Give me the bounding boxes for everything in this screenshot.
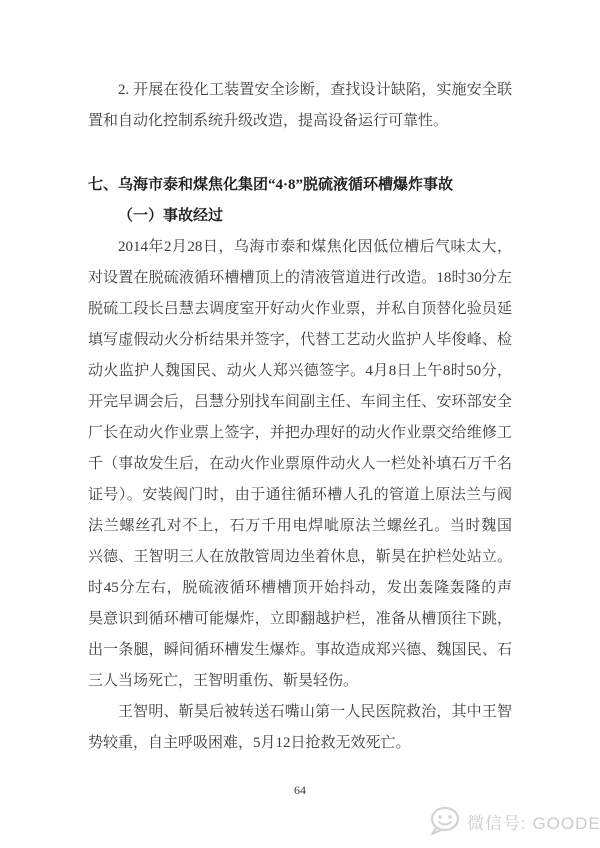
section-heading: 七、乌海市泰和煤焦化集团“4·8”脱硫液循环槽爆炸事故 xyxy=(88,170,512,201)
wechat-smiley-icon xyxy=(428,806,462,836)
body-line: 法兰螺丝孔对不上，石万千用电焊呲原法兰螺丝孔。当时魏国民、郑 xyxy=(88,511,512,542)
body-line: 填写虚假动火分析结果并签字，代替工艺动火监护人毕俊峰、检修方 xyxy=(88,325,512,356)
document-page: 2. 开展在役化工装置安全诊断，查找设计缺陷，实施安全联锁装 置和自动化控制系统… xyxy=(0,0,600,848)
body-line: 三人当场死亡，王智明重伤、靳昊轻伤。 xyxy=(88,666,512,697)
body-line: 置和自动化控制系统升级改造，提高设备运行可靠性。 xyxy=(88,106,512,137)
body-line: 动火监护人魏国民、动火人郑兴德签字。4月8日上午8时50分，车间 xyxy=(88,356,512,387)
body-line: 王智明、靳昊后被转送石嘴山第一人民医院救治，其中王智明伤 xyxy=(88,697,512,728)
watermark-text: 微信号: GOODESH xyxy=(467,809,600,834)
sub-heading: （一）事故经过 xyxy=(88,201,512,232)
body-line: 2014年2月28日，乌海市泰和煤焦化因低位槽后气味太大，计划 xyxy=(88,232,512,263)
body-line: 厂长在动火作业票上签字，并把办理好的动火作业票交给维修工石万 xyxy=(88,418,512,449)
text-column: 2. 开展在役化工装置安全诊断，查找设计缺陷，实施安全联锁装 置和自动化控制系统… xyxy=(88,75,512,759)
body-line: 2. 开展在役化工装置安全诊断，查找设计缺陷，实施安全联锁装 xyxy=(88,75,512,106)
page-number: 64 xyxy=(0,783,600,798)
body-line: 对设置在脱硫液循环槽槽顶上的清液管道进行改造。18时30分左右， xyxy=(88,263,512,294)
body-line: 脱硫工段长吕慧去调度室开好动火作业票，并私自顶替化验员延建华 xyxy=(88,294,512,325)
body-line: 时45分左右，脱硫液循环槽槽顶开始抖动，发出轰隆轰隆的声响，靳 xyxy=(88,573,512,604)
watermark: 微信号: GOODESH xyxy=(428,806,600,836)
body-line: 出一条腿，瞬间循环槽发生爆炸。事故造成郑兴德、魏国民、石万千 xyxy=(88,635,512,666)
body-line: 昊意识到循环槽可能爆炸，立即翻越护栏，准备从槽顶往下跳，刚迈 xyxy=(88,604,512,635)
body-line: 兴德、王智明三人在放散管周边坐着休息，靳昊在护栏处站立。10 xyxy=(88,542,512,573)
body-line: 势较重，自主呼吸困难，5月12日抢救无效死亡。 xyxy=(88,728,512,759)
body-line: 千（事故发生后，在动火作业票原件动火人一栏处补填石万千名字和 xyxy=(88,449,512,480)
body-line: 证号）。安装阀门时，由于通往循环槽人孔的管道上原法兰与阀门的 xyxy=(88,480,512,511)
body-line: 开完早调会后，吕慧分别找车间副主任、车间主任、安环部安全员和 xyxy=(88,387,512,418)
